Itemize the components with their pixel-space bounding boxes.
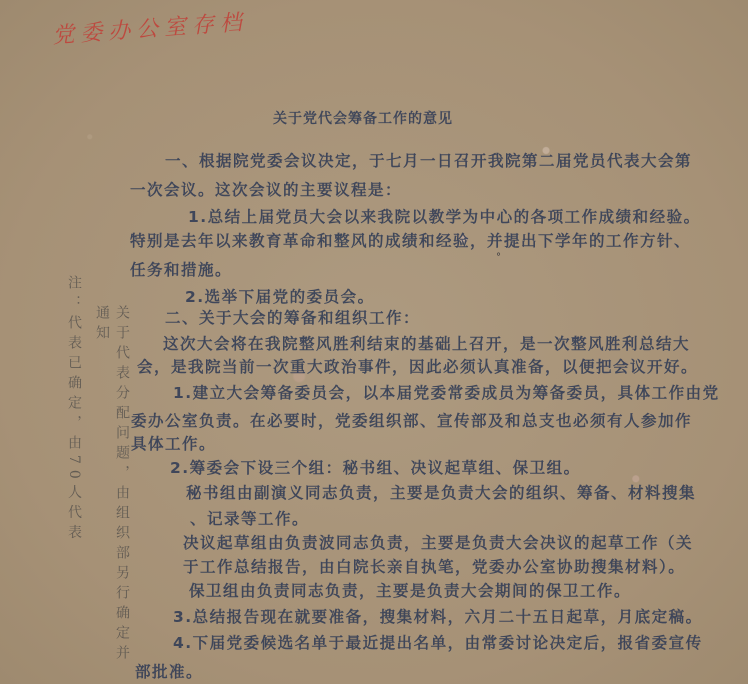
- text-line-1: 一、根据院党委会议决定，于七月一日召开我院第二届党员代表大会第: [165, 149, 692, 171]
- text-line-5: 任务和措施。: [130, 258, 232, 280]
- text-line-6: 2.选举下届党的委员会。: [185, 285, 375, 307]
- margin-note-right: 关于代表分配问题，由组织部另行确定并通知: [92, 305, 132, 675]
- text-line-12: 具体工作。: [131, 432, 216, 454]
- text-line-21: 部批准。: [135, 660, 203, 682]
- text-line-4: 特别是去年以来教育革命和整风的成绩和经验，并提出下学年的工作方针、: [130, 229, 691, 251]
- text-line-10: 1.建立大会筹备委员会，以本届党委常委成员为筹备委员，具体工作由党: [173, 381, 720, 403]
- text-line-17: 于工作总结报告，由白院长亲自执笔，党委办公室协助搜集材料）。: [183, 555, 685, 577]
- text-line-11: 委办公室负责。在必要时，党委组织部、宣传部及和总支也必须有人参加作: [131, 409, 692, 431]
- document-title: 关于党代会筹备工作的意见: [273, 108, 453, 128]
- text-line-8: 这次大会将在我院整风胜利结束的基础上召开，是一次整风胜利总结大: [163, 332, 690, 354]
- text-line-13: 2.筹委会下设三个组：秘书组、决议起草组、保卫组。: [170, 456, 581, 478]
- text-line-15: 、记录等工作。: [190, 507, 309, 529]
- text-line-9: 会，是我院当前一次重大政治事件，因此必须认真准备，以便把会议开好。: [137, 355, 698, 377]
- small-mark: °: [496, 252, 501, 263]
- text-line-20: 4.下届党委候选名单于最近提出名单，由常委讨论决定后，报省委宣传: [173, 631, 703, 653]
- text-line-16: 决议起草组由负责波同志负责，主要是负责大会决议的起草工作（关: [183, 531, 693, 553]
- text-line-14: 秘书组由副演义同志负责，主要是负责大会的组织、筹备、材料搜集: [186, 481, 696, 503]
- text-line-3: 1.总结上届党员大会以来我院以教学为中心的各项工作成绩和经验。: [188, 205, 701, 227]
- margin-note-left: 注：代表已确定，由70人代表: [64, 275, 84, 595]
- text-line-19: 3.总结报告现在就要准备，搜集材料，六月二十五日起草，月底定稿。: [173, 605, 703, 627]
- text-line-18: 保卫组由负责同志负责，主要是负责大会期间的保卫工作。: [189, 579, 631, 601]
- text-line-2: 一次会议。这次会议的主要议程是：: [130, 178, 402, 200]
- text-line-7: 二、关于大会的筹备和组织工作：: [165, 306, 420, 328]
